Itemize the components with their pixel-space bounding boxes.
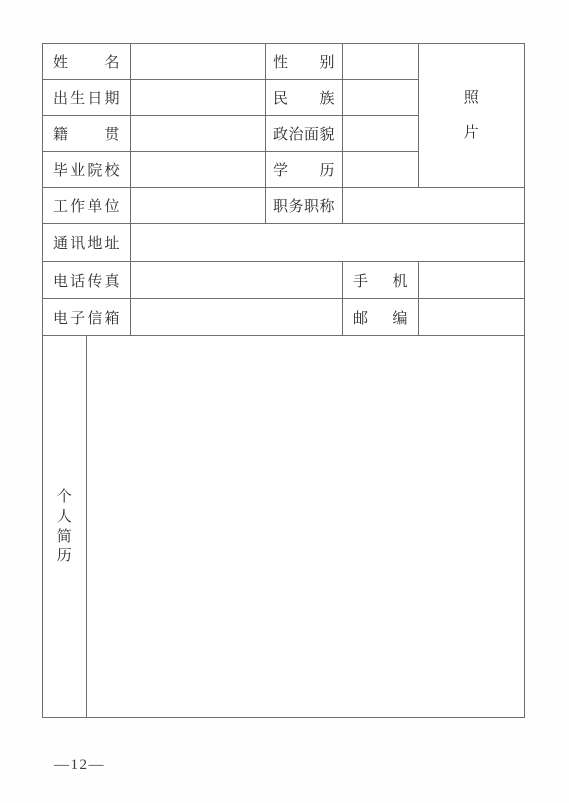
birth-date-label: 出生日期	[53, 90, 120, 107]
school-label-cell: 毕业院校	[43, 152, 131, 188]
phone-fax-label: 电话传真	[53, 273, 120, 290]
postal-code-label-cell: 邮编	[343, 299, 419, 336]
native-place-value-cell	[131, 116, 266, 152]
postal-code-label: 邮编	[353, 310, 408, 327]
employer-label: 工作单位	[53, 198, 120, 215]
gender-value-cell	[343, 44, 419, 80]
mobile-value-cell	[419, 262, 525, 299]
education-value-cell	[343, 152, 419, 188]
row-email-postalcode: 电子信箱 邮编	[43, 299, 525, 336]
birth-date-value-cell	[131, 80, 266, 116]
phone-fax-label-cell: 电话传真	[43, 262, 131, 299]
name-label-cell: 姓名	[43, 44, 131, 80]
position-label-cell: 职务职称	[266, 188, 343, 224]
row-employer-position: 工作单位 职务职称	[43, 188, 525, 224]
education-label-cell: 学历	[266, 152, 343, 188]
postal-code-value-cell	[419, 299, 525, 336]
employer-value-cell	[131, 188, 266, 224]
mobile-label: 手机	[353, 273, 408, 290]
education-label: 学历	[273, 162, 335, 179]
birth-date-label-cell: 出生日期	[43, 80, 131, 116]
gender-label-cell: 性别	[266, 44, 343, 80]
page-number: —12—	[54, 757, 105, 774]
email-label-cell: 电子信箱	[43, 299, 131, 336]
native-place-label-cell: 籍贯	[43, 116, 131, 152]
school-value-cell	[131, 152, 266, 188]
political-status-label: 政治面貌	[273, 126, 335, 143]
ethnicity-label-cell: 民族	[266, 80, 343, 116]
mailing-address-label: 通讯地址	[53, 235, 120, 252]
photo-cell: 照片	[419, 44, 525, 188]
position-value-cell	[343, 188, 525, 224]
row-name-gender: 姓名 性别 照片	[43, 44, 525, 80]
row-phonefax-mobile: 电话传真 手机	[43, 262, 525, 299]
row-resume: 个人简历	[43, 336, 525, 718]
school-label: 毕业院校	[53, 162, 120, 179]
mobile-label-cell: 手机	[343, 262, 419, 299]
position-label: 职务职称	[273, 198, 335, 215]
political-status-value-cell	[343, 116, 419, 152]
photo-label: 照片	[463, 81, 480, 151]
ethnicity-label: 民族	[273, 90, 335, 107]
ethnicity-value-cell	[343, 80, 419, 116]
native-place-label: 籍贯	[53, 126, 120, 143]
registration-form-table: 姓名 性别 照片 出生日期 民族 籍贯 政治面貌 毕业院校 学历 工作单位	[42, 43, 525, 718]
resume-content-cell	[87, 336, 525, 718]
row-mailing-address: 通讯地址	[43, 224, 525, 262]
name-label: 姓名	[53, 54, 120, 71]
mailing-address-value-cell	[131, 224, 525, 262]
political-status-label-cell: 政治面貌	[266, 116, 343, 152]
resume-label-cell: 个人简历	[43, 336, 87, 718]
email-value-cell	[131, 299, 343, 336]
phone-fax-value-cell	[131, 262, 343, 299]
employer-label-cell: 工作单位	[43, 188, 131, 224]
gender-label: 性别	[273, 54, 335, 71]
resume-label: 个人简历	[56, 487, 73, 567]
mailing-address-label-cell: 通讯地址	[43, 224, 131, 262]
email-label: 电子信箱	[53, 310, 120, 327]
scanned-form-page: 姓名 性别 照片 出生日期 民族 籍贯 政治面貌 毕业院校 学历 工作单位	[0, 0, 569, 803]
name-value-cell	[131, 44, 266, 80]
